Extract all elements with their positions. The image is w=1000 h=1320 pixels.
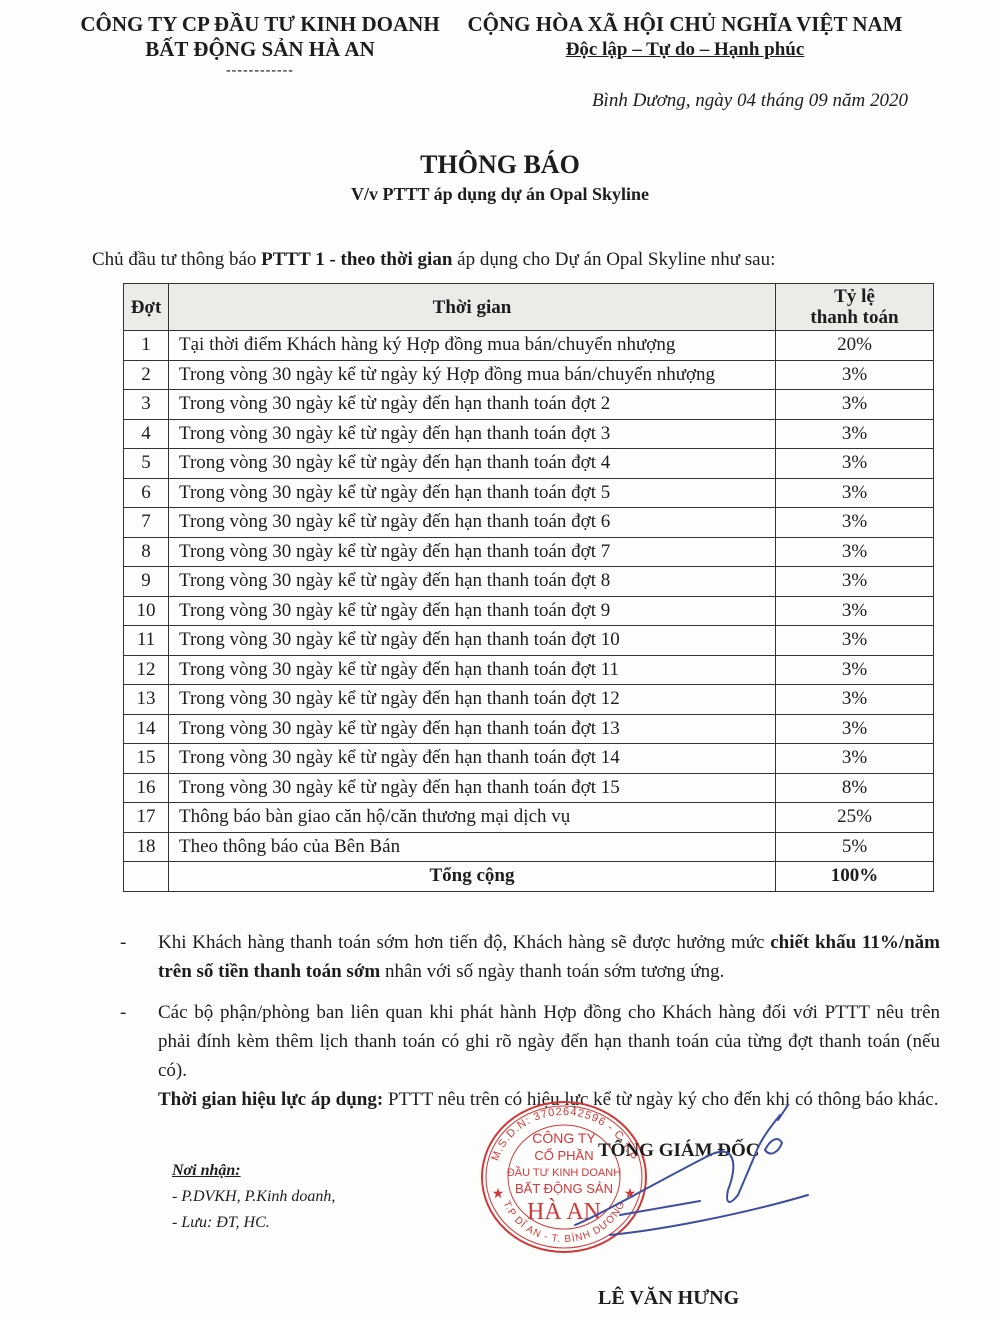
- installment-rate: 3%: [776, 685, 934, 715]
- installment-time: Trong vòng 30 ngày kể từ ngày đến hạn th…: [169, 626, 776, 656]
- payment-schedule-table: Đợt Thời gian Tỷ lệ thanh toán 1Tại thời…: [123, 283, 934, 892]
- installment-number: 15: [124, 744, 169, 774]
- header-time: Thời gian: [169, 284, 776, 331]
- installment-time: Tại thời điểm Khách hàng ký Hợp đồng mua…: [169, 331, 776, 361]
- installment-rate: 3%: [776, 626, 934, 656]
- installment-rate: 3%: [776, 537, 934, 567]
- header-installment: Đợt: [124, 284, 169, 331]
- installment-time: Theo thông báo của Bên Bán: [169, 832, 776, 862]
- installment-rate: 3%: [776, 360, 934, 390]
- installment-time: Trong vòng 30 ngày kể từ ngày ký Hợp đồn…: [169, 360, 776, 390]
- installment-number: 2: [124, 360, 169, 390]
- company-name-line2: BẤT ĐỘNG SẢN HÀ AN: [60, 37, 460, 62]
- installment-number: 12: [124, 655, 169, 685]
- table-row: 14Trong vòng 30 ngày kể từ ngày đến hạn …: [124, 714, 934, 744]
- installment-time: Trong vòng 30 ngày kể từ ngày đến hạn th…: [169, 537, 776, 567]
- installment-rate: 3%: [776, 567, 934, 597]
- installment-time: Trong vòng 30 ngày kể từ ngày đến hạn th…: [169, 449, 776, 479]
- effective-label: Thời gian hiệu lực áp dụng:: [158, 1089, 383, 1110]
- place-date: Bình Dương, ngày 04 tháng 09 năm 2020: [592, 90, 908, 112]
- installment-time: Trong vòng 30 ngày kể từ ngày đến hạn th…: [169, 596, 776, 626]
- installment-time: Trong vòng 30 ngày kể từ ngày đến hạn th…: [169, 567, 776, 597]
- table-row: 9Trong vòng 30 ngày kể từ ngày đến hạn t…: [124, 567, 934, 597]
- installment-number: 4: [124, 419, 169, 449]
- installment-number: 11: [124, 626, 169, 656]
- intro-paragraph: Chủ đầu tư thông báo PTTT 1 - theo thời …: [92, 249, 775, 271]
- installment-time: Thông báo bàn giao căn hộ/căn thương mại…: [169, 803, 776, 833]
- installment-rate: 3%: [776, 596, 934, 626]
- total-label: Tổng cộng: [169, 862, 776, 892]
- installment-number: 6: [124, 478, 169, 508]
- intro-prefix: Chủ đầu tư thông báo: [92, 249, 261, 270]
- header-rate-line2: thanh toán: [786, 307, 923, 328]
- table-row: 5Trong vòng 30 ngày kể từ ngày đến hạn t…: [124, 449, 934, 479]
- table-row: 6Trong vòng 30 ngày kể từ ngày đến hạn t…: [124, 478, 934, 508]
- recipients: Nơi nhận: - P.DVKH, P.Kinh doanh, - Lưu:…: [172, 1158, 335, 1236]
- table-row: 7Trong vòng 30 ngày kể từ ngày đến hạn t…: [124, 508, 934, 538]
- installment-rate: 5%: [776, 832, 934, 862]
- recipients-heading: Nơi nhận:: [172, 1158, 335, 1184]
- table-row: 18Theo thông báo của Bên Bán5%: [124, 832, 934, 862]
- installment-time: Trong vòng 30 ngày kể từ ngày đến hạn th…: [169, 655, 776, 685]
- installment-number: 13: [124, 685, 169, 715]
- installment-number: 3: [124, 390, 169, 420]
- table-row: 15Trong vòng 30 ngày kể từ ngày đến hạn …: [124, 744, 934, 774]
- installment-time: Trong vòng 30 ngày kể từ ngày đến hạn th…: [169, 685, 776, 715]
- note-early-payment: - Khi Khách hàng thanh toán sớm hơn tiến…: [120, 928, 940, 986]
- total-empty-cell: [124, 862, 169, 892]
- note1-prefix: Khi Khách hàng thanh toán sớm hơn tiến đ…: [158, 932, 770, 953]
- intro-bold: PTTT 1 - theo thời gian: [261, 249, 452, 270]
- table-row: 17Thông báo bàn giao căn hộ/căn thương m…: [124, 803, 934, 833]
- table-row: 11Trong vòng 30 ngày kể từ ngày đến hạn …: [124, 626, 934, 656]
- installment-rate: 3%: [776, 419, 934, 449]
- table-row: 12Trong vòng 30 ngày kể từ ngày đến hạn …: [124, 655, 934, 685]
- installment-rate: 8%: [776, 773, 934, 803]
- table-row: 10Trong vòng 30 ngày kể từ ngày đến hạn …: [124, 596, 934, 626]
- note1-suffix: nhân với số ngày thanh toán sớm tương ứn…: [380, 961, 724, 982]
- installment-number: 14: [124, 714, 169, 744]
- company-header: CÔNG TY CP ĐẦU TƯ KINH DOANH BẤT ĐỘNG SẢ…: [60, 12, 460, 80]
- recipient-item: - P.DVKH, P.Kinh doanh,: [172, 1184, 335, 1210]
- installment-rate: 3%: [776, 655, 934, 685]
- nation-name: CỘNG HÒA XÃ HỘI CHỦ NGHĨA VIỆT NAM: [450, 12, 920, 37]
- installment-number: 9: [124, 567, 169, 597]
- installment-number: 16: [124, 773, 169, 803]
- signature-icon: [560, 1095, 810, 1265]
- installment-number: 5: [124, 449, 169, 479]
- installment-number: 10: [124, 596, 169, 626]
- installment-time: Trong vòng 30 ngày kể từ ngày đến hạn th…: [169, 478, 776, 508]
- installment-time: Trong vòng 30 ngày kể từ ngày đến hạn th…: [169, 773, 776, 803]
- installment-rate: 3%: [776, 714, 934, 744]
- table-total-row: Tổng cộng 100%: [124, 862, 934, 892]
- installment-rate: 3%: [776, 744, 934, 774]
- table-row: 3Trong vòng 30 ngày kể từ ngày đến hạn t…: [124, 390, 934, 420]
- signatory-name: LÊ VĂN HƯNG: [598, 1287, 739, 1310]
- company-divider: ------------: [60, 62, 460, 80]
- header-rate: Tỷ lệ thanh toán: [776, 284, 934, 331]
- table-row: 2Trong vòng 30 ngày kể từ ngày ký Hợp đồ…: [124, 360, 934, 390]
- recipient-item: - Lưu: ĐT, HC.: [172, 1210, 335, 1236]
- company-name-line1: CÔNG TY CP ĐẦU TƯ KINH DOANH: [60, 12, 460, 37]
- installment-rate: 3%: [776, 449, 934, 479]
- installment-rate: 3%: [776, 390, 934, 420]
- installment-number: 1: [124, 331, 169, 361]
- header-rate-line1: Tỷ lệ: [786, 286, 923, 307]
- svg-text:★: ★: [492, 1185, 505, 1201]
- note2-text: Các bộ phận/phòng ban liên quan khi phát…: [158, 1002, 940, 1081]
- installment-rate: 20%: [776, 331, 934, 361]
- installment-rate: 3%: [776, 478, 934, 508]
- installment-number: 18: [124, 832, 169, 862]
- table-row: 8Trong vòng 30 ngày kể từ ngày đến hạn t…: [124, 537, 934, 567]
- installment-number: 7: [124, 508, 169, 538]
- document-title: THÔNG BÁO: [0, 150, 1000, 180]
- installment-number: 8: [124, 537, 169, 567]
- bullet: -: [120, 998, 126, 1027]
- intro-suffix: áp dụng cho Dự án Opal Skyline như sau:: [452, 249, 775, 270]
- installment-rate: 3%: [776, 508, 934, 538]
- table-row: 4Trong vòng 30 ngày kể từ ngày đến hạn t…: [124, 419, 934, 449]
- installment-number: 17: [124, 803, 169, 833]
- table-header-row: Đợt Thời gian Tỷ lệ thanh toán: [124, 284, 934, 331]
- installment-rate: 25%: [776, 803, 934, 833]
- notes-section: - Khi Khách hàng thanh toán sớm hơn tiến…: [120, 928, 940, 1114]
- table-row: 13Trong vòng 30 ngày kể từ ngày đến hạn …: [124, 685, 934, 715]
- installment-time: Trong vòng 30 ngày kể từ ngày đến hạn th…: [169, 744, 776, 774]
- bullet: -: [120, 928, 126, 957]
- table-body: 1Tại thời điểm Khách hàng ký Hợp đồng mu…: [124, 331, 934, 862]
- total-value: 100%: [776, 862, 934, 892]
- document-subtitle: V/v PTTT áp dụng dự án Opal Skyline: [0, 184, 1000, 205]
- note-contract-schedule: - Các bộ phận/phòng ban liên quan khi ph…: [120, 998, 940, 1085]
- table-row: 1Tại thời điểm Khách hàng ký Hợp đồng mu…: [124, 331, 934, 361]
- nation-header: CỘNG HÒA XÃ HỘI CHỦ NGHĨA VIỆT NAM Độc l…: [450, 12, 920, 62]
- installment-time: Trong vòng 30 ngày kể từ ngày đến hạn th…: [169, 508, 776, 538]
- installment-time: Trong vòng 30 ngày kể từ ngày đến hạn th…: [169, 419, 776, 449]
- nation-motto: Độc lập – Tự do – Hạnh phúc: [450, 37, 920, 62]
- installment-time: Trong vòng 30 ngày kể từ ngày đến hạn th…: [169, 714, 776, 744]
- table-row: 16Trong vòng 30 ngày kể từ ngày đến hạn …: [124, 773, 934, 803]
- installment-time: Trong vòng 30 ngày kể từ ngày đến hạn th…: [169, 390, 776, 420]
